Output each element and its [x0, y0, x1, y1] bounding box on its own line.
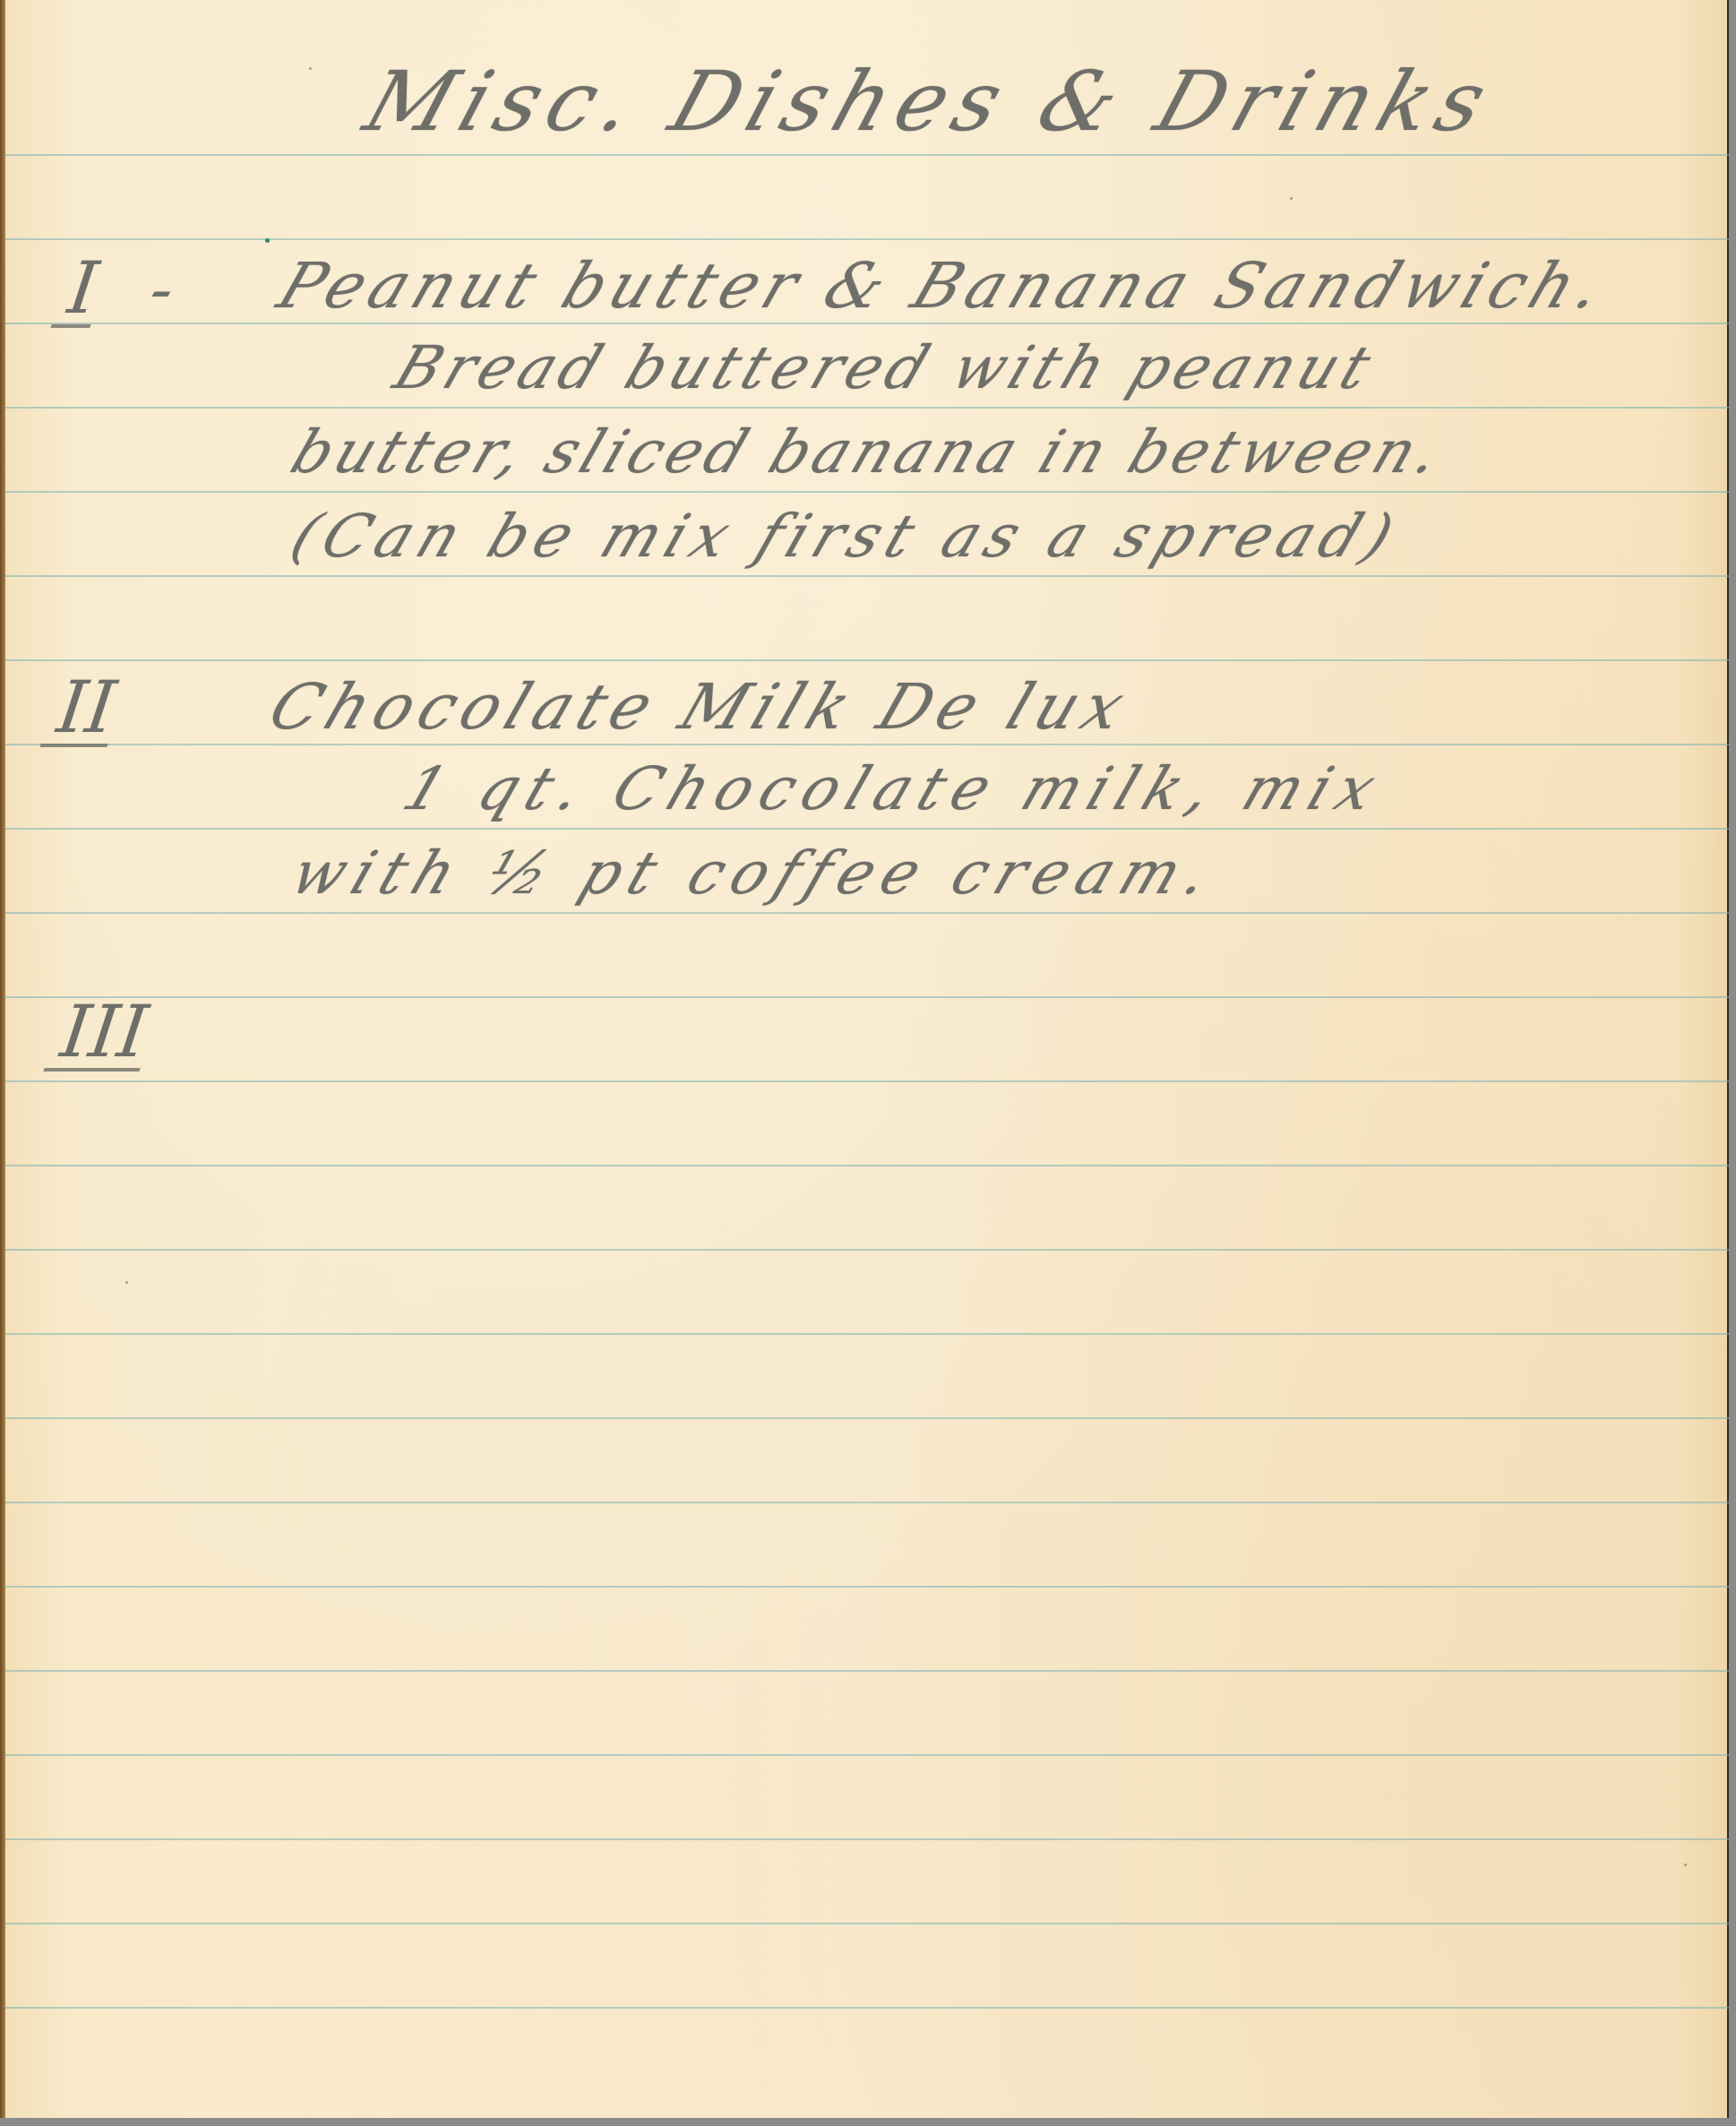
- ruled-line: [5, 1165, 1729, 1166]
- notebook-page: Misc. Dishes & Drinks I - Peanut butter …: [0, 0, 1729, 2118]
- page-title: Misc. Dishes & Drinks: [354, 54, 1507, 150]
- section-heading: Peanut butter & Banana Sandwich.: [269, 249, 1619, 323]
- section-heading: Chocolate Milk De lux: [260, 670, 1141, 744]
- ruled-line: [5, 238, 1729, 240]
- ruled-line: [5, 659, 1729, 661]
- ruled-line: [5, 912, 1729, 914]
- page-right-shadow: [1727, 0, 1729, 2118]
- ruled-line: [5, 1249, 1729, 1251]
- ruled-line: [5, 575, 1729, 577]
- ruled-line: [5, 323, 1729, 324]
- paper-speck: [125, 1281, 128, 1284]
- section-body-line: (Can be mix first as a spread): [282, 502, 1409, 571]
- ruled-line: [5, 1417, 1729, 1419]
- ruled-line: [5, 407, 1729, 409]
- section-numeral: II: [39, 672, 131, 747]
- section-body-line: 1 qt. Chocolate milk, mix: [394, 754, 1394, 823]
- ruled-line: [5, 1754, 1729, 1756]
- section-numeral: I: [50, 253, 114, 328]
- paper-speck: [1684, 1863, 1687, 1866]
- ruled-line: [5, 996, 1729, 998]
- ruled-line: [5, 1670, 1729, 1672]
- ruled-line: [5, 2007, 1729, 2009]
- section-dash: -: [139, 253, 193, 326]
- paper-speck: [309, 67, 312, 70]
- ruled-line: [5, 1923, 1729, 1924]
- green-ink-dot: [265, 238, 270, 243]
- ruled-line: [5, 1838, 1729, 1840]
- ruled-line: [5, 1586, 1729, 1588]
- ruled-line: [5, 491, 1729, 493]
- ruled-line: [5, 1080, 1729, 1082]
- ruled-line: [5, 1502, 1729, 1503]
- ruled-line: [5, 1333, 1729, 1335]
- ruled-line: [5, 828, 1729, 830]
- page-binding-edge: [0, 0, 5, 2118]
- section-numeral: III: [43, 996, 163, 1072]
- ruled-line: [5, 744, 1729, 745]
- section-body-line: Bread buttered with peanut: [385, 333, 1385, 402]
- scan-border: [0, 2118, 1736, 2126]
- section-body-line: butter, sliced banana in between.: [282, 417, 1454, 486]
- paper-speck: [1290, 197, 1293, 200]
- section-body-line: with ½ pt coffee cream.: [282, 839, 1227, 908]
- ruled-line: [5, 154, 1729, 156]
